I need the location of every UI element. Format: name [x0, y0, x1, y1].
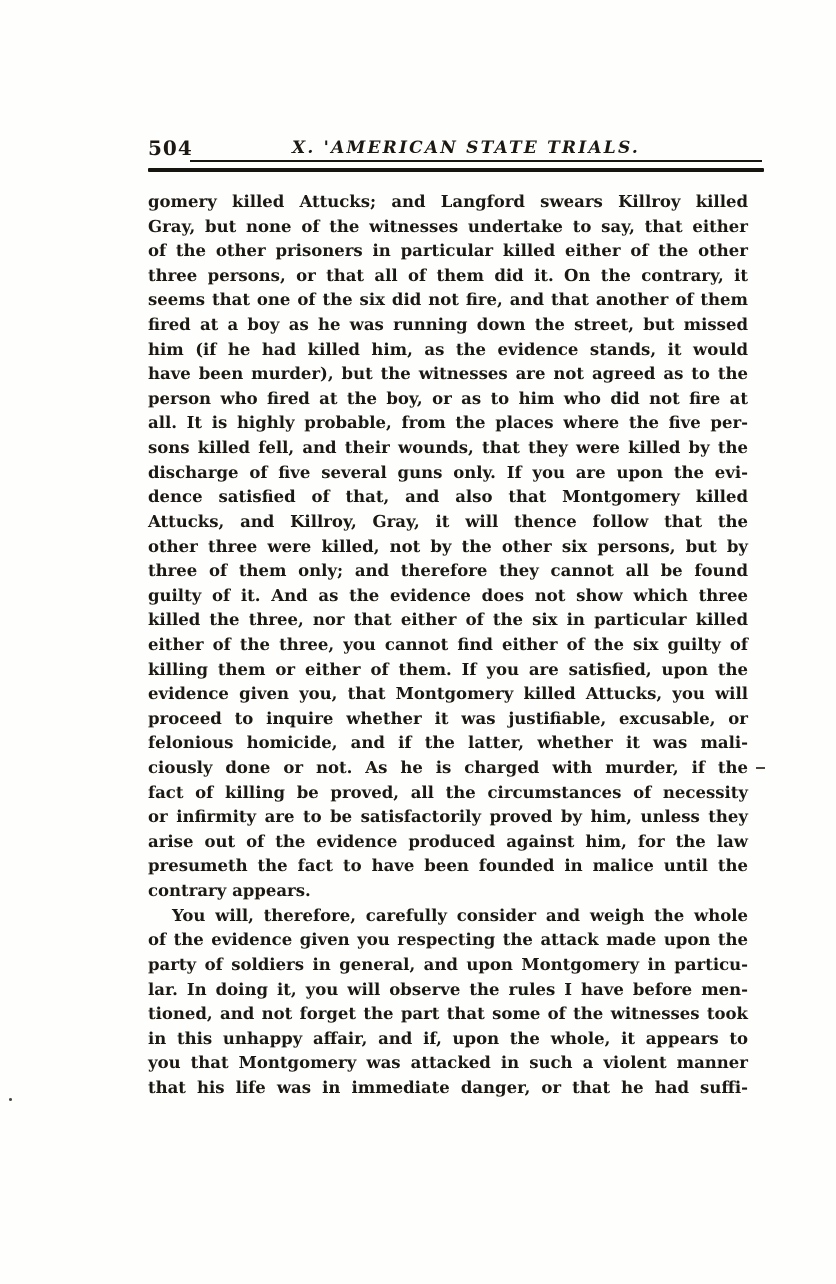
text-line: or infirmity are to be satisfactorily pr… — [148, 805, 748, 830]
text-line: tioned, and not forget the part that som… — [148, 1002, 748, 1027]
text-line: presumeth the fact to have been founded … — [148, 854, 748, 879]
text-line: of the other prisoners in particular kil… — [148, 239, 748, 264]
scan-speck-left-margin — [9, 1098, 12, 1101]
scan-speck-right-margin — [756, 767, 765, 769]
header-rule-thick — [148, 168, 764, 172]
running-title: X. 'AMERICAN STATE TRIALS. — [292, 138, 640, 158]
text-line: proceed to inquire whether it was justif… — [148, 707, 748, 732]
text-line: discharge of five several guns only. If … — [148, 461, 748, 486]
page-number: 504 — [148, 136, 193, 160]
text-line: him (if he had killed him, as the eviden… — [148, 338, 748, 363]
text-line: person who fired at the boy, or as to hi… — [148, 387, 748, 412]
text-line: lar. In doing it, you will observe the r… — [148, 978, 748, 1003]
text-line: three of them only; and therefore they c… — [148, 559, 748, 584]
text-line: killed the three, nor that either of the… — [148, 608, 748, 633]
text-line: fact of killing be proved, all the circu… — [148, 781, 748, 806]
text-line: other three were killed, not by the othe… — [148, 535, 748, 560]
text-line: dence satisfied of that, and also that M… — [148, 485, 748, 510]
text-line: felonious homicide, and if the latter, w… — [148, 731, 748, 756]
text-line: party of soldiers in general, and upon M… — [148, 953, 748, 978]
text-line: contrary appears. — [148, 879, 748, 904]
text-line: ciously done or not. As he is charged wi… — [148, 756, 748, 781]
text-line: guilty of it. And as the evidence does n… — [148, 584, 748, 609]
text-line: all. It is highly probable, from the pla… — [148, 411, 748, 436]
paragraph: gomery killed Attucks; and Langford swea… — [148, 190, 748, 904]
text-line: Attucks, and Killroy, Gray, it will then… — [148, 510, 748, 535]
text-line: You will, therefore, carefully consider … — [148, 904, 748, 929]
text-line: arise out of the evidence produced again… — [148, 830, 748, 855]
text-line: fired at a boy as he was running down th… — [148, 313, 748, 338]
text-line: three persons, or that all of them did i… — [148, 264, 748, 289]
text-line: sons killed fell, and their wounds, that… — [148, 436, 748, 461]
text-line: of the evidence given you respecting the… — [148, 928, 748, 953]
text-line: killing them or either of them. If you a… — [148, 658, 748, 683]
header-rule-thin — [190, 160, 762, 162]
text-line: gomery killed Attucks; and Langford swea… — [148, 190, 748, 215]
text-line: Gray, but none of the witnesses undertak… — [148, 215, 748, 240]
book-page: 504 X. 'AMERICAN STATE TRIALS. gomery ki… — [0, 0, 836, 1284]
text-line: evidence given you, that Montgomery kill… — [148, 682, 748, 707]
page-text: gomery killed Attucks; and Langford swea… — [148, 190, 748, 1101]
text-line: either of the three, you cannot find eit… — [148, 633, 748, 658]
text-line: in this unhappy affair, and if, upon the… — [148, 1027, 748, 1052]
text-line: you that Montgomery was attacked in such… — [148, 1051, 748, 1076]
paragraph: You will, therefore, carefully consider … — [148, 904, 748, 1101]
text-line: have been murder), but the witnesses are… — [148, 362, 748, 387]
text-line: that his life was in immediate danger, o… — [148, 1076, 748, 1101]
text-line: seems that one of the six did not fire, … — [148, 288, 748, 313]
